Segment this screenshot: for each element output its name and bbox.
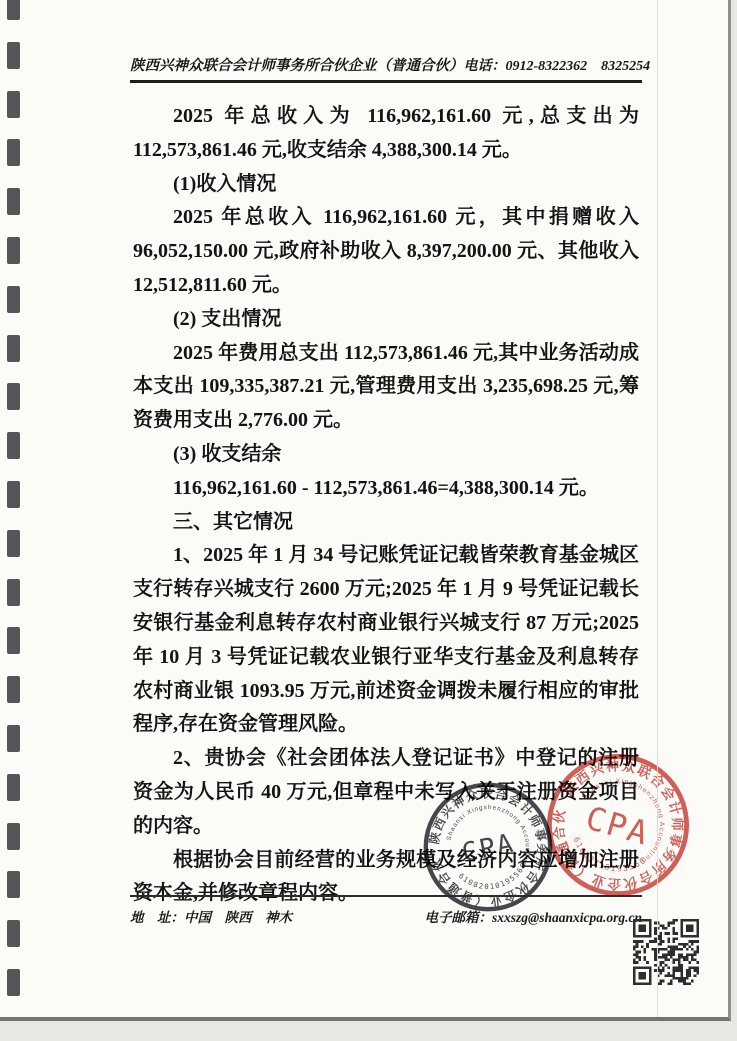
paragraph-3: 2025 年总收入 116,962,161.60 元，其中捐赠收入 96,052…	[133, 201, 639, 302]
binding-hole	[7, 481, 20, 508]
binding-hole	[7, 42, 20, 69]
qr-code	[633, 917, 699, 987]
paragraph-5: 2025 年费用总支出 112,573,861.46 元,其中业务活动成本支出 …	[133, 337, 639, 438]
binding-hole	[7, 188, 20, 215]
binding-hole	[7, 725, 20, 752]
binding-hole	[7, 237, 20, 264]
binding-hole	[7, 627, 20, 654]
paragraph-7: 116,962,161.60 - 112,573,861.46=4,388,30…	[133, 472, 639, 506]
binding-hole	[7, 432, 20, 459]
page-fold-line	[657, 0, 658, 1017]
report-footer: 地 址：中国 陕西 神木 电子邮箱：sxxszg@shaanxicpa.org.…	[130, 895, 642, 926]
seal-cpa-text: CPA	[459, 828, 517, 868]
binding-hole	[7, 91, 20, 118]
paragraph-6: (3) 收支结余	[133, 438, 639, 472]
binding-hole	[7, 871, 20, 898]
scanned-document: 陕西兴神众联合会计师事务所合伙企业（普通合伙） 电话：0912-8322362 …	[0, 0, 737, 1041]
report-header: 陕西兴神众联合会计师事务所合伙企业（普通合伙） 电话：0912-8322362 …	[130, 54, 642, 83]
binding-hole	[7, 969, 20, 996]
binding-hole	[7, 0, 20, 20]
binding-hole	[7, 676, 20, 703]
header-phone: 电话：0912-8322362 8325254	[464, 55, 651, 75]
paragraph-2: (1)收入情况	[133, 168, 639, 202]
paragraph-8: 三、其它情况	[133, 506, 639, 540]
firm-name: 陕西兴神众联合会计师事务所合伙企业（普通合伙）	[130, 54, 464, 75]
binding-hole	[7, 920, 20, 947]
binding-hole	[7, 774, 20, 801]
paragraph-9: 1、2025 年 1 月 34 号记账凭证记载皆荣教育基金城区支行转存兴城支行 …	[133, 539, 639, 742]
binding-hole	[7, 335, 20, 362]
paragraph-1: 2025 年总收入为 116,962,161.60 元,总支出为 112,573…	[133, 100, 639, 168]
footer-email: 电子邮箱：sxxszg@shaanxicpa.org.cn	[424, 906, 642, 926]
seal-cpa-text: CPA	[582, 799, 654, 853]
binding-hole	[7, 823, 20, 850]
binding-hole	[7, 579, 20, 606]
footer-address: 地 址：中国 陕西 神木	[130, 906, 292, 926]
binding-hole	[7, 286, 20, 313]
binding-hole	[7, 383, 20, 410]
paragraph-4: (2) 支出情况	[133, 303, 639, 337]
paper-sheet: 陕西兴神众联合会计师事务所合伙企业（普通合伙） 电话：0912-8322362 …	[0, 0, 731, 1021]
binding-hole	[7, 139, 20, 166]
binding-hole	[7, 530, 20, 557]
